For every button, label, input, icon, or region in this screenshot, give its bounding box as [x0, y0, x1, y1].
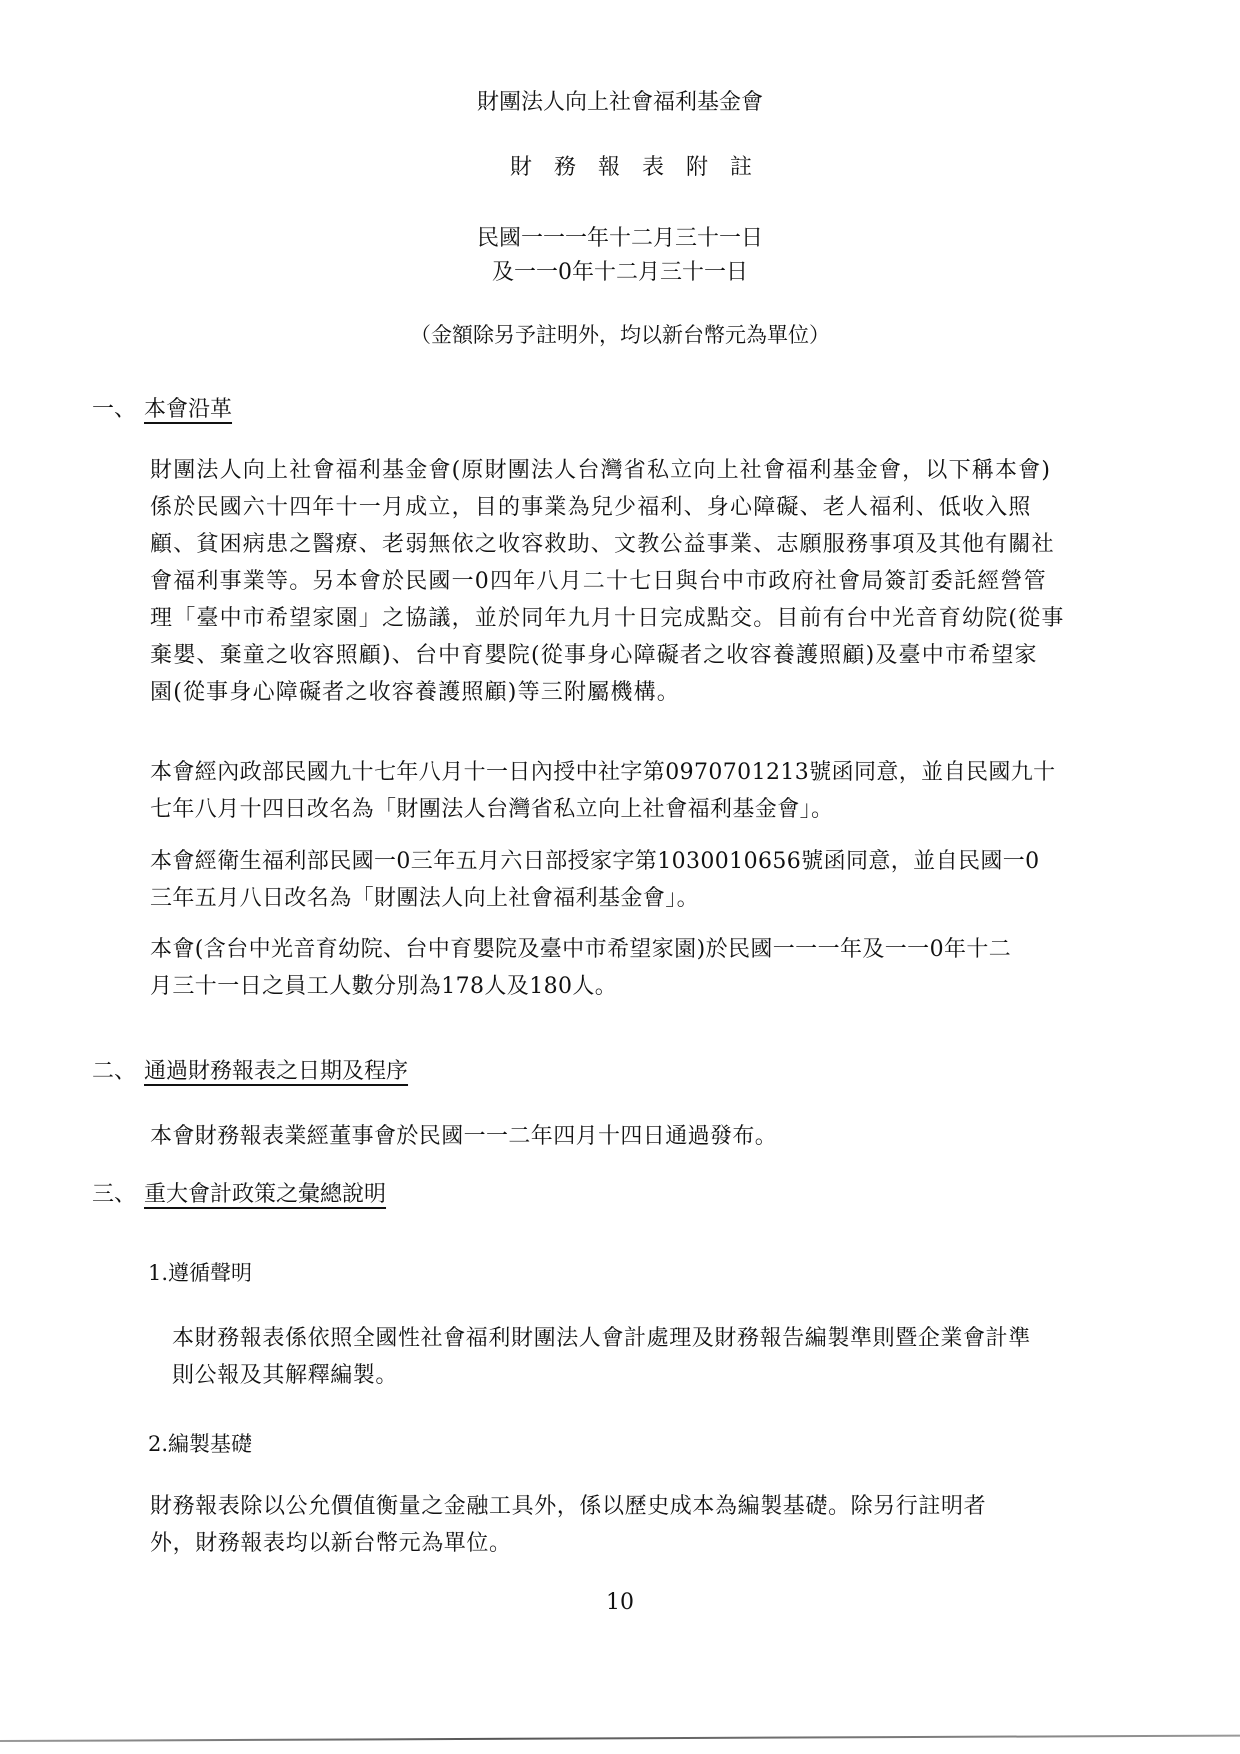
employee-count-paragraph: 本會(含台中光音育幼院、台中育嬰院及臺中市希望家園)於民國一一一年及一一0年十二…	[150, 931, 1125, 1005]
document-page: 財團法人向上社會福利基金會 財務報表附註 民國一一一年十二月三十一日 及一一0年…	[0, 0, 1240, 1754]
section-title: 通過財務報表之日期及程序	[144, 1059, 408, 1084]
text-line: 本財務報表係依照全國性社會福利財團法人會計處理及財務報告編製準則暨企業會計準	[172, 1320, 1127, 1357]
compliance-paragraph: 本財務報表係依照全國性社會福利財團法人會計處理及財務報告編製準則暨企業會計準 則…	[172, 1320, 1127, 1394]
text-line: 係於民國六十四年十一月成立，目的事業為兒少福利、身心障礙、老人福利、低收入照	[150, 489, 1125, 526]
section-number: 三、	[92, 1180, 136, 1210]
text-line: 外，財務報表均以新台幣元為單位。	[150, 1525, 1125, 1562]
text-line: 月三十一日之員工人數分別為178人及180人。	[150, 968, 1125, 1005]
text-line: 則公報及其解釋編製。	[172, 1357, 1127, 1394]
section-title: 本會沿革	[144, 397, 232, 422]
section-number: 一、	[92, 395, 136, 425]
organization-name: 財團法人向上社會福利基金會	[0, 88, 1240, 118]
section-heading-history: 一、本會沿革	[92, 395, 232, 425]
subsection-basis-of-preparation: 2.編製基礎	[148, 1429, 252, 1459]
date-line-2: 及一一0年十二月三十一日	[0, 258, 1240, 288]
text-line: 園(從事身心障礙者之收容養護照顧)等三附屬機構。	[150, 674, 1125, 711]
text-line: 財團法人向上社會福利基金會(原財團法人台灣省私立向上社會福利基金會，以下稱本會)	[150, 452, 1125, 489]
text-line: 會福利事業等。另本會於民國一0四年八月二十七日與台中市政府社會局簽訂委託經營管	[150, 563, 1125, 600]
renaming-paragraph-2: 本會經衛生福利部民國一0三年五月六日部授家字第1030010656號函同意，並自…	[150, 843, 1125, 917]
history-paragraph: 財團法人向上社會福利基金會(原財團法人台灣省私立向上社會福利基金會，以下稱本會)…	[150, 452, 1125, 711]
approval-paragraph: 本會財務報表業經董事會於民國一一二年四月十四日通過發布。	[150, 1118, 1125, 1155]
unit-note: （金額除另予註明外，均以新台幣元為單位）	[0, 320, 1240, 350]
text-line: 財務報表除以公允價值衡量之金融工具外，係以歷史成本為編製基礎。除另行註明者	[150, 1488, 1125, 1525]
text-line: 本會經內政部民國九十七年八月十一日內授中社字第0970701213號函同意，並自…	[150, 754, 1125, 791]
text-line: 三年五月八日改名為「財團法人向上社會福利基金會」。	[150, 880, 1125, 917]
subsection-compliance-statement: 1.遵循聲明	[148, 1258, 252, 1288]
renaming-paragraph-1: 本會經內政部民國九十七年八月十一日內授中社字第0970701213號函同意，並自…	[150, 754, 1125, 828]
text-line: 棄嬰、棄童之收容照顧)、台中育嬰院(從事身心障礙者之收容養護照顧)及臺中市希望家	[150, 637, 1125, 674]
text-line: 理「臺中市希望家園」之協議，並於同年九月十日完成點交。目前有台中光音育幼院(從事	[150, 600, 1125, 637]
basis-paragraph: 財務報表除以公允價值衡量之金融工具外，係以歷史成本為編製基礎。除另行註明者 外，…	[150, 1488, 1125, 1562]
text-line: 本會經衛生福利部民國一0三年五月六日部授家字第1030010656號函同意，並自…	[150, 843, 1125, 880]
section-title: 重大會計政策之彙總說明	[144, 1182, 386, 1207]
date-line-1: 民國一一一年十二月三十一日	[0, 224, 1240, 254]
section-heading-accounting-policies: 三、重大會計政策之彙總說明	[92, 1180, 386, 1210]
text-line: 本會財務報表業經董事會於民國一一二年四月十四日通過發布。	[150, 1118, 1125, 1155]
page-number: 10	[0, 1588, 1240, 1618]
text-line: 本會(含台中光音育幼院、台中育嬰院及臺中市希望家園)於民國一一一年及一一0年十二	[150, 931, 1125, 968]
section-heading-approval: 二、通過財務報表之日期及程序	[92, 1057, 408, 1087]
text-line: 七年八月十四日改名為「財團法人台灣省私立向上社會福利基金會」。	[150, 791, 1125, 828]
scan-edge-divider	[0, 1735, 1240, 1742]
text-line: 顧、貧困病患之醫療、老弱無依之收容救助、文教公益事業、志願服務事項及其他有關社	[150, 526, 1125, 563]
report-title: 財務報表附註	[0, 153, 1240, 183]
section-number: 二、	[92, 1057, 136, 1087]
